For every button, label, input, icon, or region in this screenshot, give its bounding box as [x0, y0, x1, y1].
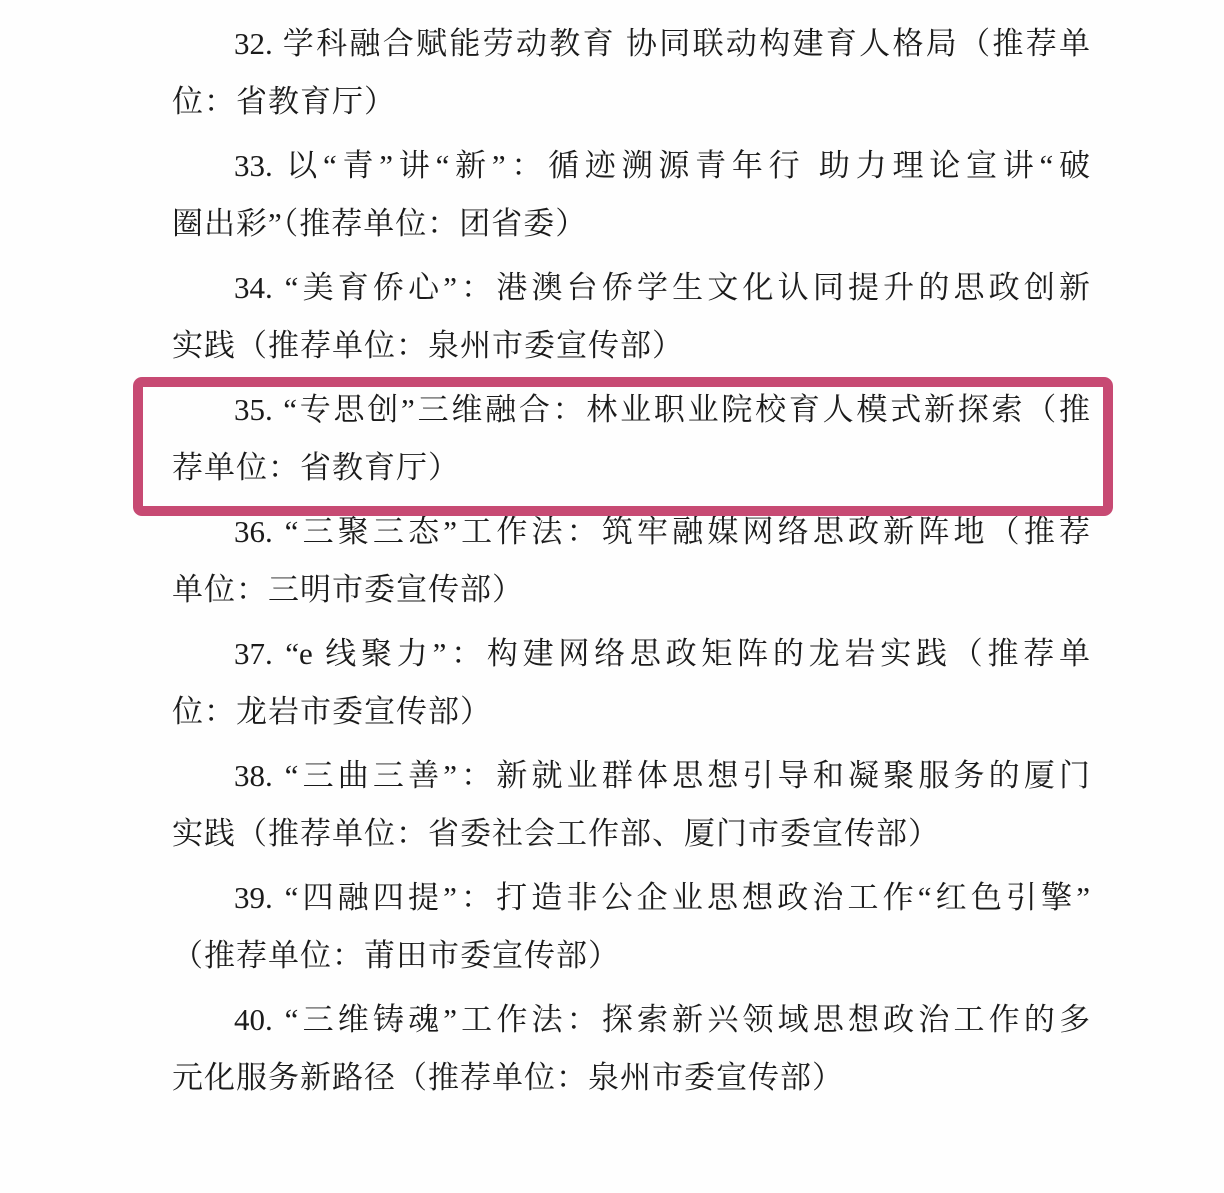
list-item-39: 39. “四融四提”：打造非公企业思想政治工作“红色引擎” （推荐单位：莆田市委…	[172, 869, 1090, 985]
list-item-36: 36. “三聚三态”工作法：筑牢融媒网络思政新阵地（推荐 单位：三明市委宣传部）	[172, 503, 1090, 619]
list-item-line: 单位：三明市委宣传部）	[172, 561, 1090, 619]
list-item-line: 实践（推荐单位：泉州市委宣传部）	[172, 317, 1090, 375]
list-item-32: 32. 学科融合赋能劳动教育 协同联动构建育人格局（推荐单 位：省教育厅）	[172, 15, 1090, 131]
list-item-line: 位：龙岩市委宣传部）	[172, 683, 1090, 741]
list-item-line: 位：省教育厅）	[172, 73, 1090, 131]
list-item-line: 荐单位：省教育厅）	[172, 439, 1090, 497]
list-item-33: 33. 以“青”讲“新”：循迹溯源青年行 助力理论宣讲“破 圈出彩”（推荐单位：…	[172, 137, 1090, 253]
list-item-line: （推荐单位：莆田市委宣传部）	[172, 927, 1090, 985]
list-item-line: 圈出彩”（推荐单位：团省委）	[172, 195, 1090, 253]
document-text-column: 32. 学科融合赋能劳动教育 协同联动构建育人格局（推荐单 位：省教育厅） 33…	[172, 15, 1090, 1113]
list-item-line: 34. “美育侨心”：港澳台侨学生文化认同提升的思政创新	[172, 259, 1090, 317]
list-item-line: 37. “e 线聚力”：构建网络思政矩阵的龙岩实践（推荐单	[172, 625, 1090, 683]
list-item-34: 34. “美育侨心”：港澳台侨学生文化认同提升的思政创新 实践（推荐单位：泉州市…	[172, 259, 1090, 375]
list-item-38: 38. “三曲三善”：新就业群体思想引导和凝聚服务的厦门 实践（推荐单位：省委社…	[172, 747, 1090, 863]
list-item-line: 40. “三维铸魂”工作法：探索新兴领域思想政治工作的多	[172, 991, 1090, 1049]
list-item-40: 40. “三维铸魂”工作法：探索新兴领域思想政治工作的多 元化服务新路径（推荐单…	[172, 991, 1090, 1107]
list-item-line: 35. “专思创”三维融合：林业职业院校育人模式新探索（推	[172, 381, 1090, 439]
list-item-line: 元化服务新路径（推荐单位：泉州市委宣传部）	[172, 1049, 1090, 1107]
list-item-line: 实践（推荐单位：省委社会工作部、厦门市委宣传部）	[172, 805, 1090, 863]
list-item-line: 39. “四融四提”：打造非公企业思想政治工作“红色引擎”	[172, 869, 1090, 927]
document-page: 32. 学科融合赋能劳动教育 协同联动构建育人格局（推荐单 位：省教育厅） 33…	[0, 0, 1224, 1193]
list-item-35-highlighted: 35. “专思创”三维融合：林业职业院校育人模式新探索（推 荐单位：省教育厅）	[172, 381, 1090, 497]
list-item-37: 37. “e 线聚力”：构建网络思政矩阵的龙岩实践（推荐单 位：龙岩市委宣传部）	[172, 625, 1090, 741]
list-item-line: 33. 以“青”讲“新”：循迹溯源青年行 助力理论宣讲“破	[172, 137, 1090, 195]
list-item-line: 38. “三曲三善”：新就业群体思想引导和凝聚服务的厦门	[172, 747, 1090, 805]
list-item-line: 32. 学科融合赋能劳动教育 协同联动构建育人格局（推荐单	[172, 15, 1090, 73]
list-item-line: 36. “三聚三态”工作法：筑牢融媒网络思政新阵地（推荐	[172, 503, 1090, 561]
